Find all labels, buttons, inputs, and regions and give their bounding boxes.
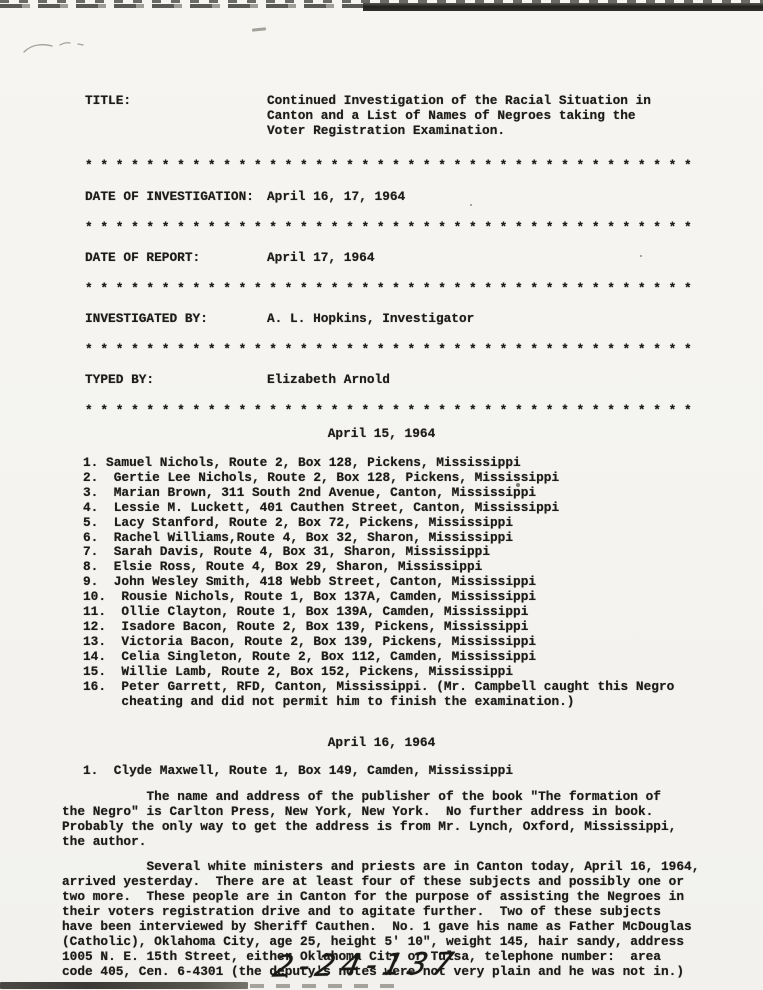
separator-line: * * * * * * * * * * * * * * * * * * * * … <box>85 220 692 235</box>
investigated-by-value: A. L. Hopkins, Investigator <box>267 311 474 326</box>
paragraph-line: the Negro" is Carlton Press, New York, N… <box>62 804 676 819</box>
registrant-list-line: 11. Ollie Clayton, Route 1, Box 139A, Ca… <box>83 605 674 620</box>
registrant-list-line: 1. Samuel Nichols, Route 2, Box 128, Pic… <box>83 456 674 471</box>
typed-by-value: Elizabeth Arnold <box>267 372 390 387</box>
scan-edge-dashes-bottom <box>250 984 394 988</box>
title-label: TITLE: <box>85 93 131 108</box>
investigation-date-label: DATE OF INVESTIGATION: <box>85 189 254 204</box>
registrant-list-line: 2. Gertie Lee Nichols, Route 2, Box 128,… <box>83 471 674 486</box>
title-value-line: Continued Investigation of the Racial Si… <box>267 93 651 108</box>
scan-specks <box>0 0 2 2</box>
registrant-list-line: 8. Elsie Ross, Route 4, Box 29, Sharon, … <box>83 560 674 575</box>
handwritten-page-number: 2-24-137 <box>270 946 463 984</box>
registrant-list-line: 6. Rachel Williams,Route 4, Box 32, Shar… <box>83 531 674 546</box>
registrant-list-line: cheating and did not permit him to finis… <box>83 695 674 710</box>
smudge-mark <box>252 27 266 31</box>
paragraph-line: arrived yesterday. There are at least fo… <box>62 874 699 889</box>
registrant-list-line: 9. John Wesley Smith, 418 Webb Street, C… <box>83 575 674 590</box>
scan-edge-band-top-left <box>0 4 368 8</box>
investigated-by-label: INVESTIGATED BY: <box>85 311 208 326</box>
paragraph-publisher: The name and address of the publisher of… <box>62 789 676 849</box>
registrant-list-april-16: 1. Clyde Maxwell, Route 1, Box 149, Camd… <box>83 764 513 779</box>
registrant-list-line: 14. Celia Singleton, Route 2, Box 112, C… <box>83 650 674 665</box>
registrant-list-line: 13. Victoria Bacon, Route 2, Box 139, Pi… <box>83 635 674 650</box>
paragraph-line: have been interviewed by Sheriff Cauthen… <box>62 919 699 934</box>
typed-by-label: TYPED BY: <box>85 372 154 387</box>
title-value-line: Canton and a List of Names of Negroes ta… <box>267 108 651 123</box>
paragraph-line: Probably the only way to get the address… <box>62 819 676 834</box>
paragraph-line: two more. These people are in Canton for… <box>62 889 699 904</box>
registrant-list-april-15: 1. Samuel Nichols, Route 2, Box 128, Pic… <box>83 456 674 709</box>
separator-line: * * * * * * * * * * * * * * * * * * * * … <box>85 403 692 418</box>
investigation-date-value: April 16, 17, 1964 <box>267 189 405 204</box>
scan-edge-band-bottom-left <box>0 982 248 989</box>
paragraph-line: Several white ministers and priests are … <box>62 859 699 874</box>
separator-line: * * * * * * * * * * * * * * * * * * * * … <box>85 342 692 357</box>
section-heading-april-15: April 15, 1964 <box>0 426 763 441</box>
registrant-list-line: 7. Sarah Davis, Route 4, Box 31, Sharon,… <box>83 545 674 560</box>
title-value-line: Voter Registration Examination. <box>267 123 651 138</box>
scanned-document-page: TITLE: Continued Investigation of the Ra… <box>0 0 763 990</box>
paragraph-line: The name and address of the publisher of… <box>62 789 676 804</box>
title-value: Continued Investigation of the Racial Si… <box>267 93 651 138</box>
registrant-list-line: 5. Lacy Stanford, Route 2, Box 72, Picke… <box>83 516 674 531</box>
registrant-list-line: 1. Clyde Maxwell, Route 1, Box 149, Camd… <box>83 764 513 779</box>
registrant-list-line: 10. Rousie Nichols, Route 1, Box 137A, C… <box>83 590 674 605</box>
registrant-list-line: 3. Marian Brown, 311 South 2nd Avenue, C… <box>83 486 674 501</box>
registrant-list-line: 16. Peter Garrett, RFD, Canton, Mississi… <box>83 680 674 695</box>
section-heading-april-16: April 16, 1964 <box>0 735 763 750</box>
report-date-label: DATE OF REPORT: <box>85 250 200 265</box>
registrant-list-line: 4. Lessie M. Luckett, 401 Cauthen Street… <box>83 501 674 516</box>
separator-line: * * * * * * * * * * * * * * * * * * * * … <box>85 281 692 296</box>
paragraph-line: the author. <box>62 834 676 849</box>
separator-line: * * * * * * * * * * * * * * * * * * * * … <box>85 158 692 173</box>
registrant-list-line: 15. Willie Lamb, Route 2, Box 152, Picke… <box>83 665 674 680</box>
paragraph-line: their voters registration drive and to a… <box>62 904 699 919</box>
report-date-value: April 17, 1964 <box>267 250 375 265</box>
paragraph-line: (Catholic), Oklahoma City, age 25, heigh… <box>62 934 699 949</box>
pencil-mark <box>20 38 100 58</box>
registrant-list-line: 12. Isadore Bacon, Route 2, Box 139, Pic… <box>83 620 674 635</box>
scan-edge-band-top-right <box>363 3 763 11</box>
